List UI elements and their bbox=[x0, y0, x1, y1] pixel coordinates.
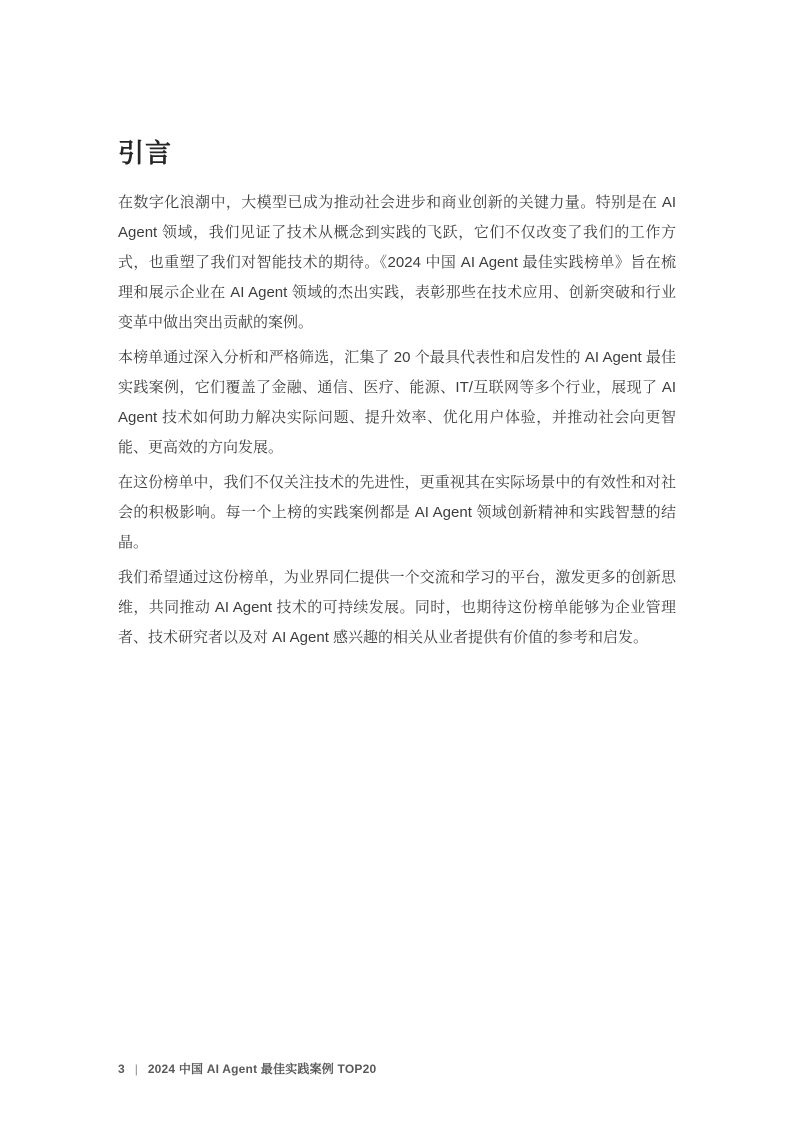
page-number: 3 bbox=[118, 1061, 125, 1077]
page-footer: 3 | 2024 中国 AI Agent 最佳实践案例 TOP20 bbox=[118, 1061, 376, 1077]
paragraph-1: 在数字化浪潮中，大模型已成为推动社会进步和商业创新的关键力量。特别是在 AI A… bbox=[118, 188, 676, 338]
paragraph-3: 在这份榜单中，我们不仅关注技术的先进性，更重视其在实际场景中的有效性和对社会的积… bbox=[118, 468, 676, 558]
footer-document-title: 2024 中国 AI Agent 最佳实践案例 TOP20 bbox=[148, 1061, 377, 1077]
page-title: 引言 bbox=[118, 136, 676, 170]
document-page: 引言 在数字化浪潮中，大模型已成为推动社会进步和商业创新的关键力量。特别是在 A… bbox=[0, 0, 793, 1122]
paragraph-4: 我们希望通过这份榜单，为业界同仁提供一个交流和学习的平台，激发更多的创新思维，共… bbox=[118, 563, 676, 653]
paragraph-2: 本榜单通过深入分析和严格筛选，汇集了 20 个最具代表性和启发性的 AI Age… bbox=[118, 343, 676, 463]
footer-separator: | bbox=[135, 1061, 138, 1077]
page-content: 引言 在数字化浪潮中，大模型已成为推动社会进步和商业创新的关键力量。特别是在 A… bbox=[118, 136, 676, 658]
